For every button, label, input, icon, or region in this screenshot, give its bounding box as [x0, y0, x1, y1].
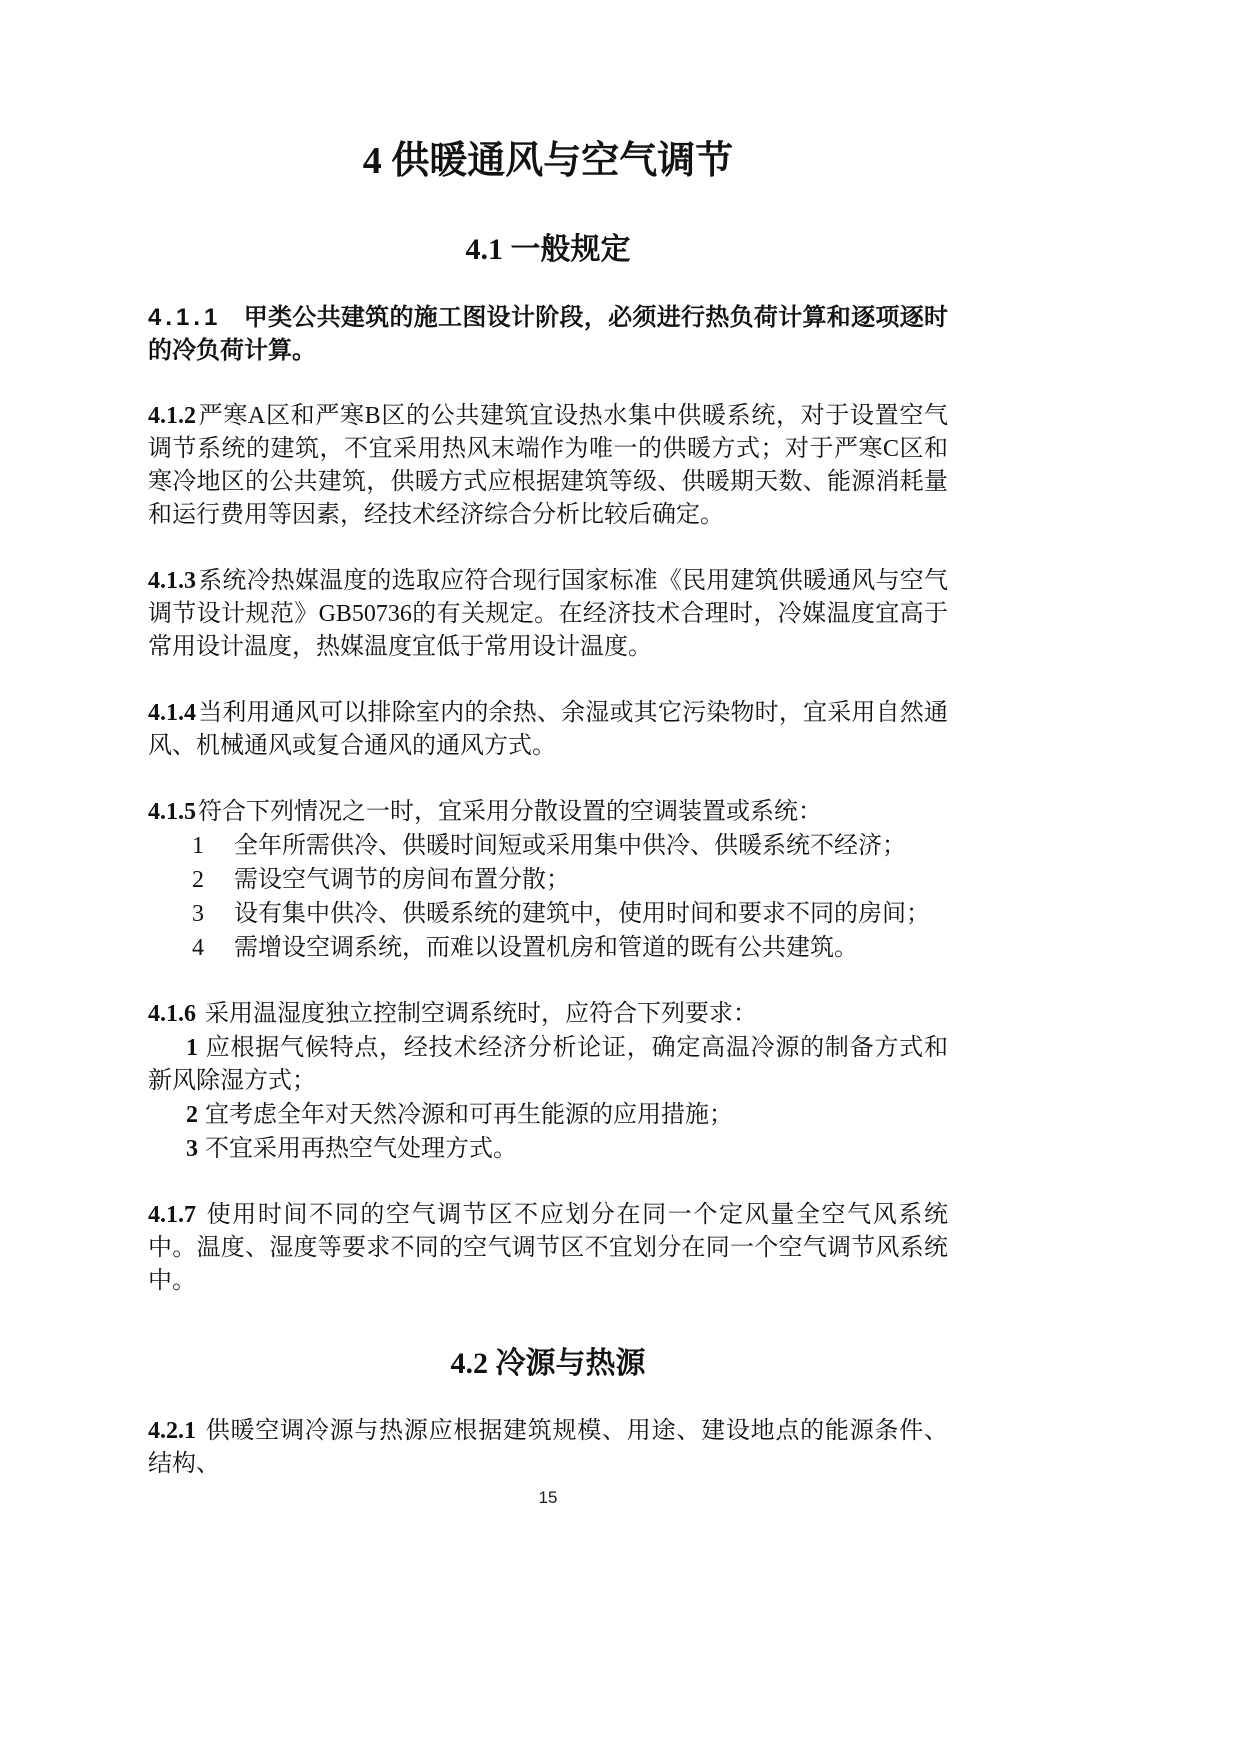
- item-number: 1: [192, 830, 206, 863]
- item-text: 需设空气调节的房间布置分散；: [234, 867, 570, 893]
- chapter-title: 4 供暖通风与空气调节: [148, 138, 948, 186]
- clause-text: 当利用通风可以排除室内的余热、余湿或其它污染物时，宜采用自然通风、机械通风或复合…: [148, 700, 948, 759]
- clause-4-1-3: 4.1.3系统冷热媒温度的选取应符合现行国家标准《民用建筑供暖通风与空气调节设计…: [148, 565, 948, 664]
- clause-4-1-6: 4.1.6采用温湿度独立控制空调系统时，应符合下列要求：: [148, 998, 948, 1031]
- clause-number: 4.1.7: [148, 1202, 196, 1228]
- list-item: 2需设空气调节的房间布置分散；: [148, 864, 948, 897]
- clause-4-1-7: 4.1.7使用时间不同的空气调节区不应划分在同一个定风量全空气风系统中。温度、湿…: [148, 1199, 948, 1298]
- clause-4-2-1: 4.2.1供暖空调冷源与热源应根据建筑规模、用途、建设地点的能源条件、结构、: [148, 1415, 948, 1481]
- item-number: 1: [186, 1035, 198, 1061]
- clause-number: 4.1.1: [148, 304, 221, 331]
- item-text: 宜考虑全年对天然冷源和可再生能源的应用措施；: [205, 1102, 733, 1128]
- list-item: 4需增设空调系统，而难以设置机房和管道的既有公共建筑。: [148, 932, 948, 965]
- clause-number: 4.1.2: [148, 403, 196, 429]
- clause-text: 甲类公共建筑的施工图设计阶段，必须进行热负荷计算和逐项逐时的冷负荷计算。: [148, 304, 948, 364]
- item-number: 3: [192, 898, 206, 931]
- item-text: 不宜采用再热空气处理方式。: [205, 1136, 517, 1162]
- list-item: 3设有集中供冷、供暖系统的建筑中，使用时间和要求不同的房间；: [148, 898, 948, 931]
- document-page: 4 供暖通风与空气调节 4.1 一般规定 4.1.1甲类公共建筑的施工图设计阶段…: [148, 0, 948, 1508]
- list-item: 2宜考虑全年对天然冷源和可再生能源的应用措施；: [148, 1099, 948, 1132]
- item-text: 设有集中供冷、供暖系统的建筑中，使用时间和要求不同的房间；: [234, 901, 930, 927]
- list-item: 1全年所需供冷、供暖时间短或采用集中供冷、供暖系统不经济；: [148, 830, 948, 863]
- item-text: 全年所需供冷、供暖时间短或采用集中供冷、供暖系统不经济；: [234, 833, 906, 859]
- document-page-background: { "document": { "title": "4 供暖通风与空气调节", …: [0, 0, 1240, 1754]
- clause-number: 4.2.1: [148, 1418, 196, 1444]
- item-number: 2: [186, 1102, 198, 1128]
- clause-number: 4.1.5: [148, 799, 196, 825]
- clause-text: 系统冷热媒温度的选取应符合现行国家标准《民用建筑供暖通风与空气调节设计规范》GB…: [148, 568, 948, 660]
- clause-text: 符合下列情况之一时，宜采用分散设置的空调装置或系统：: [198, 799, 822, 825]
- page-number: 15: [148, 1488, 948, 1508]
- clause-number: 4.1.6: [148, 1001, 196, 1027]
- clause-4-1-4: 4.1.4当利用通风可以排除室内的余热、余湿或其它污染物时，宜采用自然通风、机械…: [148, 697, 948, 763]
- clause-4-1-1: 4.1.1甲类公共建筑的施工图设计阶段，必须进行热负荷计算和逐项逐时的冷负荷计算…: [148, 301, 948, 367]
- clause-number: 4.1.4: [148, 700, 196, 726]
- section-heading-4-1: 4.1 一般规定: [148, 232, 948, 268]
- clause-4-1-5: 4.1.5符合下列情况之一时，宜采用分散设置的空调装置或系统：: [148, 796, 948, 829]
- clause-number: 4.1.3: [148, 568, 196, 594]
- item-number: 3: [186, 1136, 198, 1162]
- clause-4-1-2: 4.1.2严寒A区和严寒B区的公共建筑宜设热水集中供暖系统，对于设置空气调节系统…: [148, 400, 948, 532]
- list-item: 1应根据气候特点，经技术经济分析论证，确定高温冷源的制备方式和新风除湿方式；: [148, 1032, 948, 1098]
- item-text: 需增设空调系统，而难以设置机房和管道的既有公共建筑。: [234, 935, 858, 961]
- item-number: 2: [192, 864, 206, 897]
- clause-text: 采用温湿度独立控制空调系统时，应符合下列要求：: [205, 1001, 757, 1027]
- section-heading-4-2: 4.2 冷源与热源: [148, 1346, 948, 1382]
- clause-text: 使用时间不同的空气调节区不应划分在同一个定风量全空气风系统中。温度、湿度等要求不…: [148, 1202, 948, 1294]
- item-text: 应根据气候特点，经技术经济分析论证，确定高温冷源的制备方式和新风除湿方式；: [148, 1035, 948, 1094]
- clause-text: 严寒A区和严寒B区的公共建筑宜设热水集中供暖系统，对于设置空气调节系统的建筑，不…: [148, 403, 948, 528]
- list-item: 3不宜采用再热空气处理方式。: [148, 1133, 948, 1166]
- clause-text: 供暖空调冷源与热源应根据建筑规模、用途、建设地点的能源条件、结构、: [148, 1418, 948, 1477]
- item-number: 4: [192, 932, 206, 965]
